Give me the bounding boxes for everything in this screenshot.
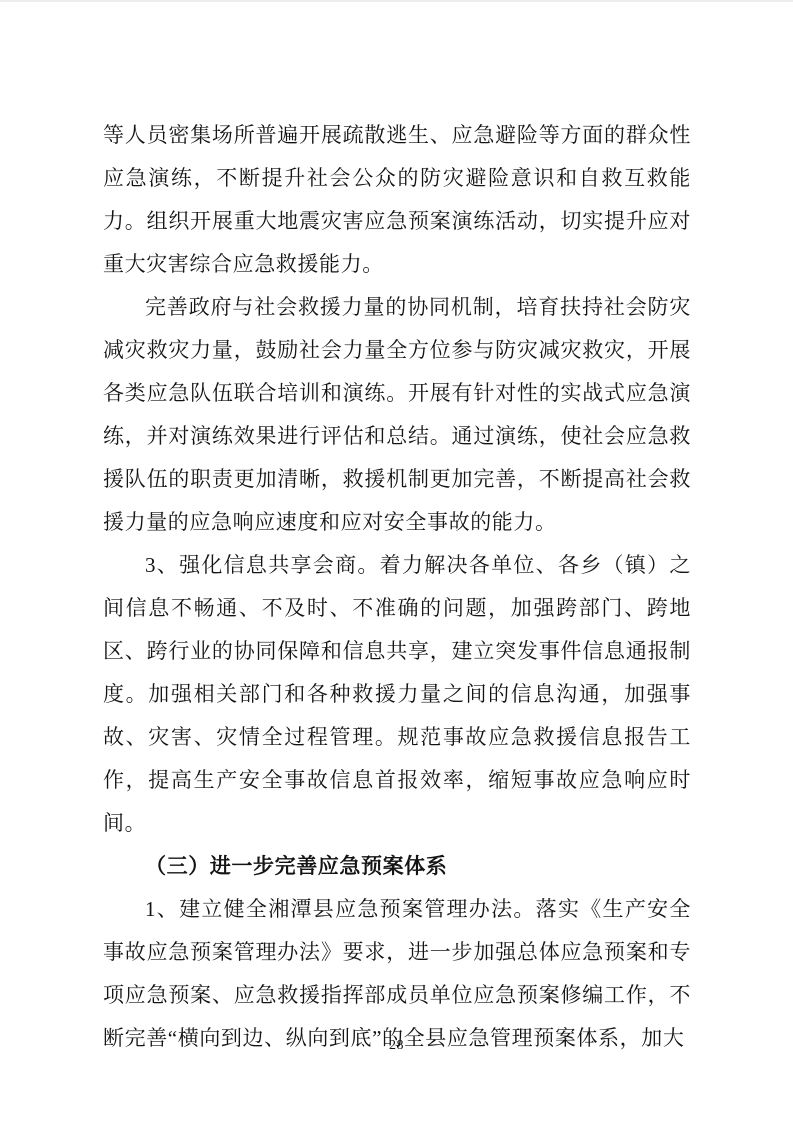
body-paragraph: 1、建立健全湘潭县应急预案管理办法。落实《生产安全事故应急预案管理办法》要求，进… <box>103 888 691 1060</box>
document-page: 等人员密集场所普遍开展疏散逃生、应急避险等方面的群众性应急演练，不断提升社会公众… <box>0 0 793 1122</box>
body-paragraph: 3、强化信息共享会商。着力解决各单位、各乡（镇）之间信息不畅通、不及时、不准确的… <box>103 544 691 845</box>
body-paragraph: 完善政府与社会救援力量的协同机制，培育扶持社会防灾减灾救灾力量，鼓励社会力量全方… <box>103 286 691 544</box>
page-number: 28 <box>0 1036 793 1056</box>
section-heading: （三）进一步完善应急预案体系 <box>103 845 691 888</box>
scan-edge-artifact <box>0 0 793 2</box>
document-body: 等人员密集场所普遍开展疏散逃生、应急避险等方面的群众性应急演练，不断提升社会公众… <box>103 114 691 1060</box>
body-paragraph: 等人员密集场所普遍开展疏散逃生、应急避险等方面的群众性应急演练，不断提升社会公众… <box>103 114 691 286</box>
